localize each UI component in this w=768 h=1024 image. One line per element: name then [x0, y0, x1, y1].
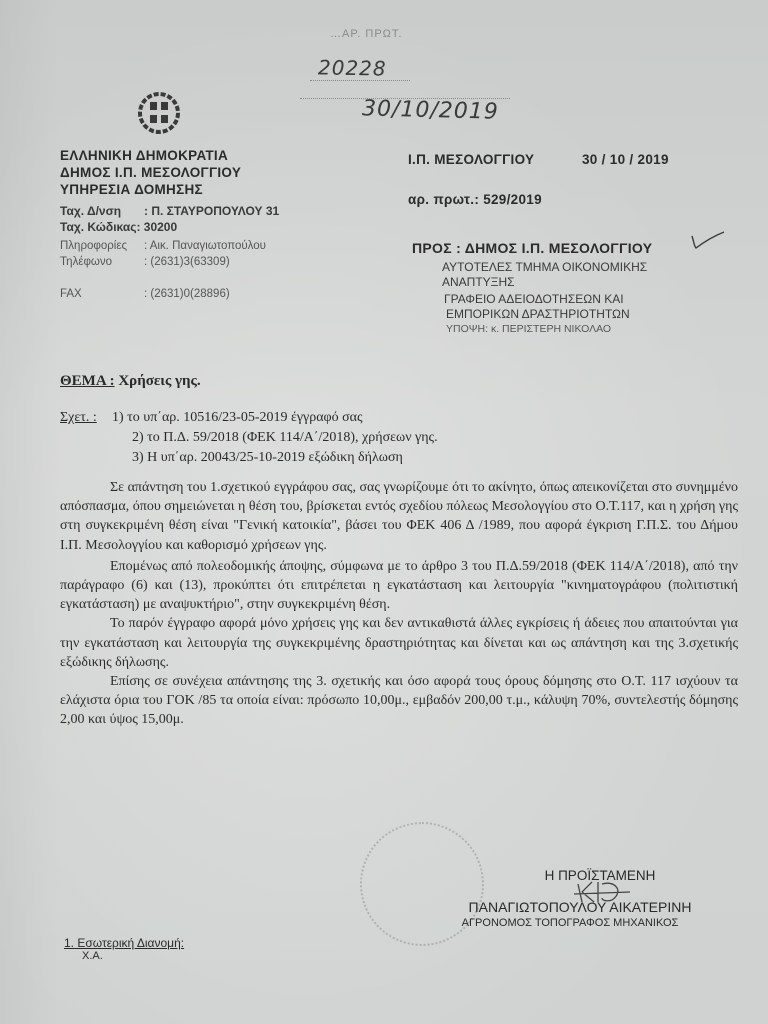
- handwritten-check-mark-icon: [688, 228, 728, 252]
- recipient-line: ΑΝΑΠΤΥΞΗΣ: [442, 275, 515, 289]
- internal-distribution-label: 1. Εσωτερική Διανομή:: [64, 936, 184, 950]
- subject-label: ΘΕΜΑ :: [60, 373, 115, 389]
- scanned-document-page: …ΑΡ. ΠΡΩΤ. 20228 30/10/2019 ΕΛΛΗΝΙΚΗ ΔΗΜ…: [0, 0, 768, 1024]
- recipient-line: ΓΡΑΦΕΙΟ ΑΔΕΙΟΔΟΤΗΣΕΩΝ ΚΑΙ: [444, 292, 624, 306]
- handwritten-registration-number: 20228: [318, 55, 387, 80]
- postcode-value: 30200: [144, 220, 177, 234]
- signatory-role: ΑΓΡΟΝΟΜΟΣ ΤΟΠΟΓΡΑΦΟΣ ΜΗΧΑΝΙΚΟΣ: [405, 917, 735, 929]
- sender-postcode-row: Ταχ. Κώδικας: 30200: [60, 220, 177, 234]
- body-paragraph: Σε απάντηση του 1.σχετικού εγγράφου σας,…: [60, 478, 738, 555]
- references-block: Σχετ. : 1) το υπ΄αρ. 10516/23-05-2019 έγ…: [60, 408, 480, 428]
- reference-item: 2) το Π.Δ. 59/2018 (ΦΕΚ 114/Α΄/2018), χρ…: [132, 428, 438, 448]
- reference-item: 3) Η υπ΄αρ. 20043/25-10-2019 εξώδικη δήλ…: [132, 448, 438, 468]
- address-value: : Π. ΣΤΑΥΡΟΠΟΥΛΟΥ 31: [144, 204, 279, 218]
- greek-coat-of-arms-icon: [136, 90, 182, 136]
- sender-address-row: Ταχ. Δ/νση: Π. ΣΤΑΥΡΟΠΟΥΛΟΥ 31: [60, 204, 279, 218]
- handwritten-signature-icon: [572, 876, 632, 906]
- subject-text: Χρήσεις γης.: [118, 373, 200, 389]
- handwritten-registration-date: 30/10/2019: [362, 96, 499, 125]
- fax-label: FAX: [60, 288, 144, 300]
- document-place: Ι.Π. ΜΕΣΟΛΟΓΓΙΟΥ: [408, 152, 534, 167]
- recipient-to-line: ΠΡΟΣ : ΔΗΜΟΣ Ι.Π. ΜΕΣΟΛΟΓΓΙΟΥ: [412, 240, 652, 256]
- phone-label: Τηλέφωνο: [60, 256, 144, 268]
- recipient-line: ΕΜΠΟΡΙΚΩΝ ΔΡΑΣΤΗΡΙΟΤΗΤΩΝ: [446, 307, 630, 321]
- address-label: Ταχ. Δ/νση: [60, 204, 144, 218]
- sender-phone-row: Τηλέφωνο: (2631)3(63309): [60, 256, 230, 268]
- fax-value: : (2631)0(28896): [144, 288, 230, 300]
- document-date: 30 / 10 / 2019: [582, 152, 669, 167]
- registration-stamp-label: …ΑΡ. ΠΡΩΤ.: [330, 28, 402, 40]
- reference-item: 1) το υπ΄αρ. 10516/23-05-2019 έγγραφό σα…: [112, 408, 438, 428]
- recipient-line: ΑΥΤΟΤΕΛΕΣ ΤΜΗΜΑ ΟΙΚΟΝΟΜΙΚΗΣ: [442, 260, 647, 274]
- subject-line: ΘΕΜΑ : Χρήσεις γης.: [60, 373, 201, 390]
- info-label: Πληροφορίες: [60, 240, 144, 252]
- info-value: : Αικ. Παναγιωτοπούλου: [144, 240, 266, 252]
- internal-distribution-value: Χ.Α.: [82, 950, 103, 962]
- sender-fax-row: FAX: (2631)0(28896): [60, 288, 230, 300]
- recipient-attention-line: ΥΠΟΨΗ: κ. ΠΕΡΙΣΤΕΡΗ ΝΙΚΟΛΑΟ: [446, 323, 611, 335]
- protocol-number: αρ. πρωτ.: 529/2019: [408, 192, 542, 207]
- sender-department: ΥΠΗΡΕΣΙΑ ΔΟΜΗΣΗΣ: [60, 182, 203, 197]
- sender-country: ΕΛΛΗΝΙΚΗ ΔΗΜΟΚΡΑΤΙΑ: [60, 148, 228, 163]
- sender-municipality: ΔΗΜΟΣ Ι.Π. ΜΕΣΟΛΟΓΓΙΟΥ: [60, 165, 241, 180]
- letter-body: Σε απάντηση του 1.σχετικού εγγράφου σας,…: [60, 478, 738, 730]
- sender-info-row: Πληροφορίες: Αικ. Παναγιωτοπούλου: [60, 240, 266, 252]
- phone-value: : (2631)3(63309): [144, 256, 230, 268]
- references-list: 1) το υπ΄αρ. 10516/23-05-2019 έγγραφό σα…: [112, 408, 438, 468]
- postcode-label: Ταχ. Κώδικας:: [60, 220, 140, 234]
- body-paragraph: Επομένως από πολεοδομικής άποψης, σύμφων…: [60, 557, 738, 615]
- references-label: Σχετ. :: [60, 410, 97, 425]
- body-paragraph: Το παρόν έγγραφο αφορά μόνο χρήσεις γης …: [60, 614, 738, 672]
- body-paragraph: Επίσης σε συνέχεια απάντησης της 3. σχετ…: [60, 672, 738, 730]
